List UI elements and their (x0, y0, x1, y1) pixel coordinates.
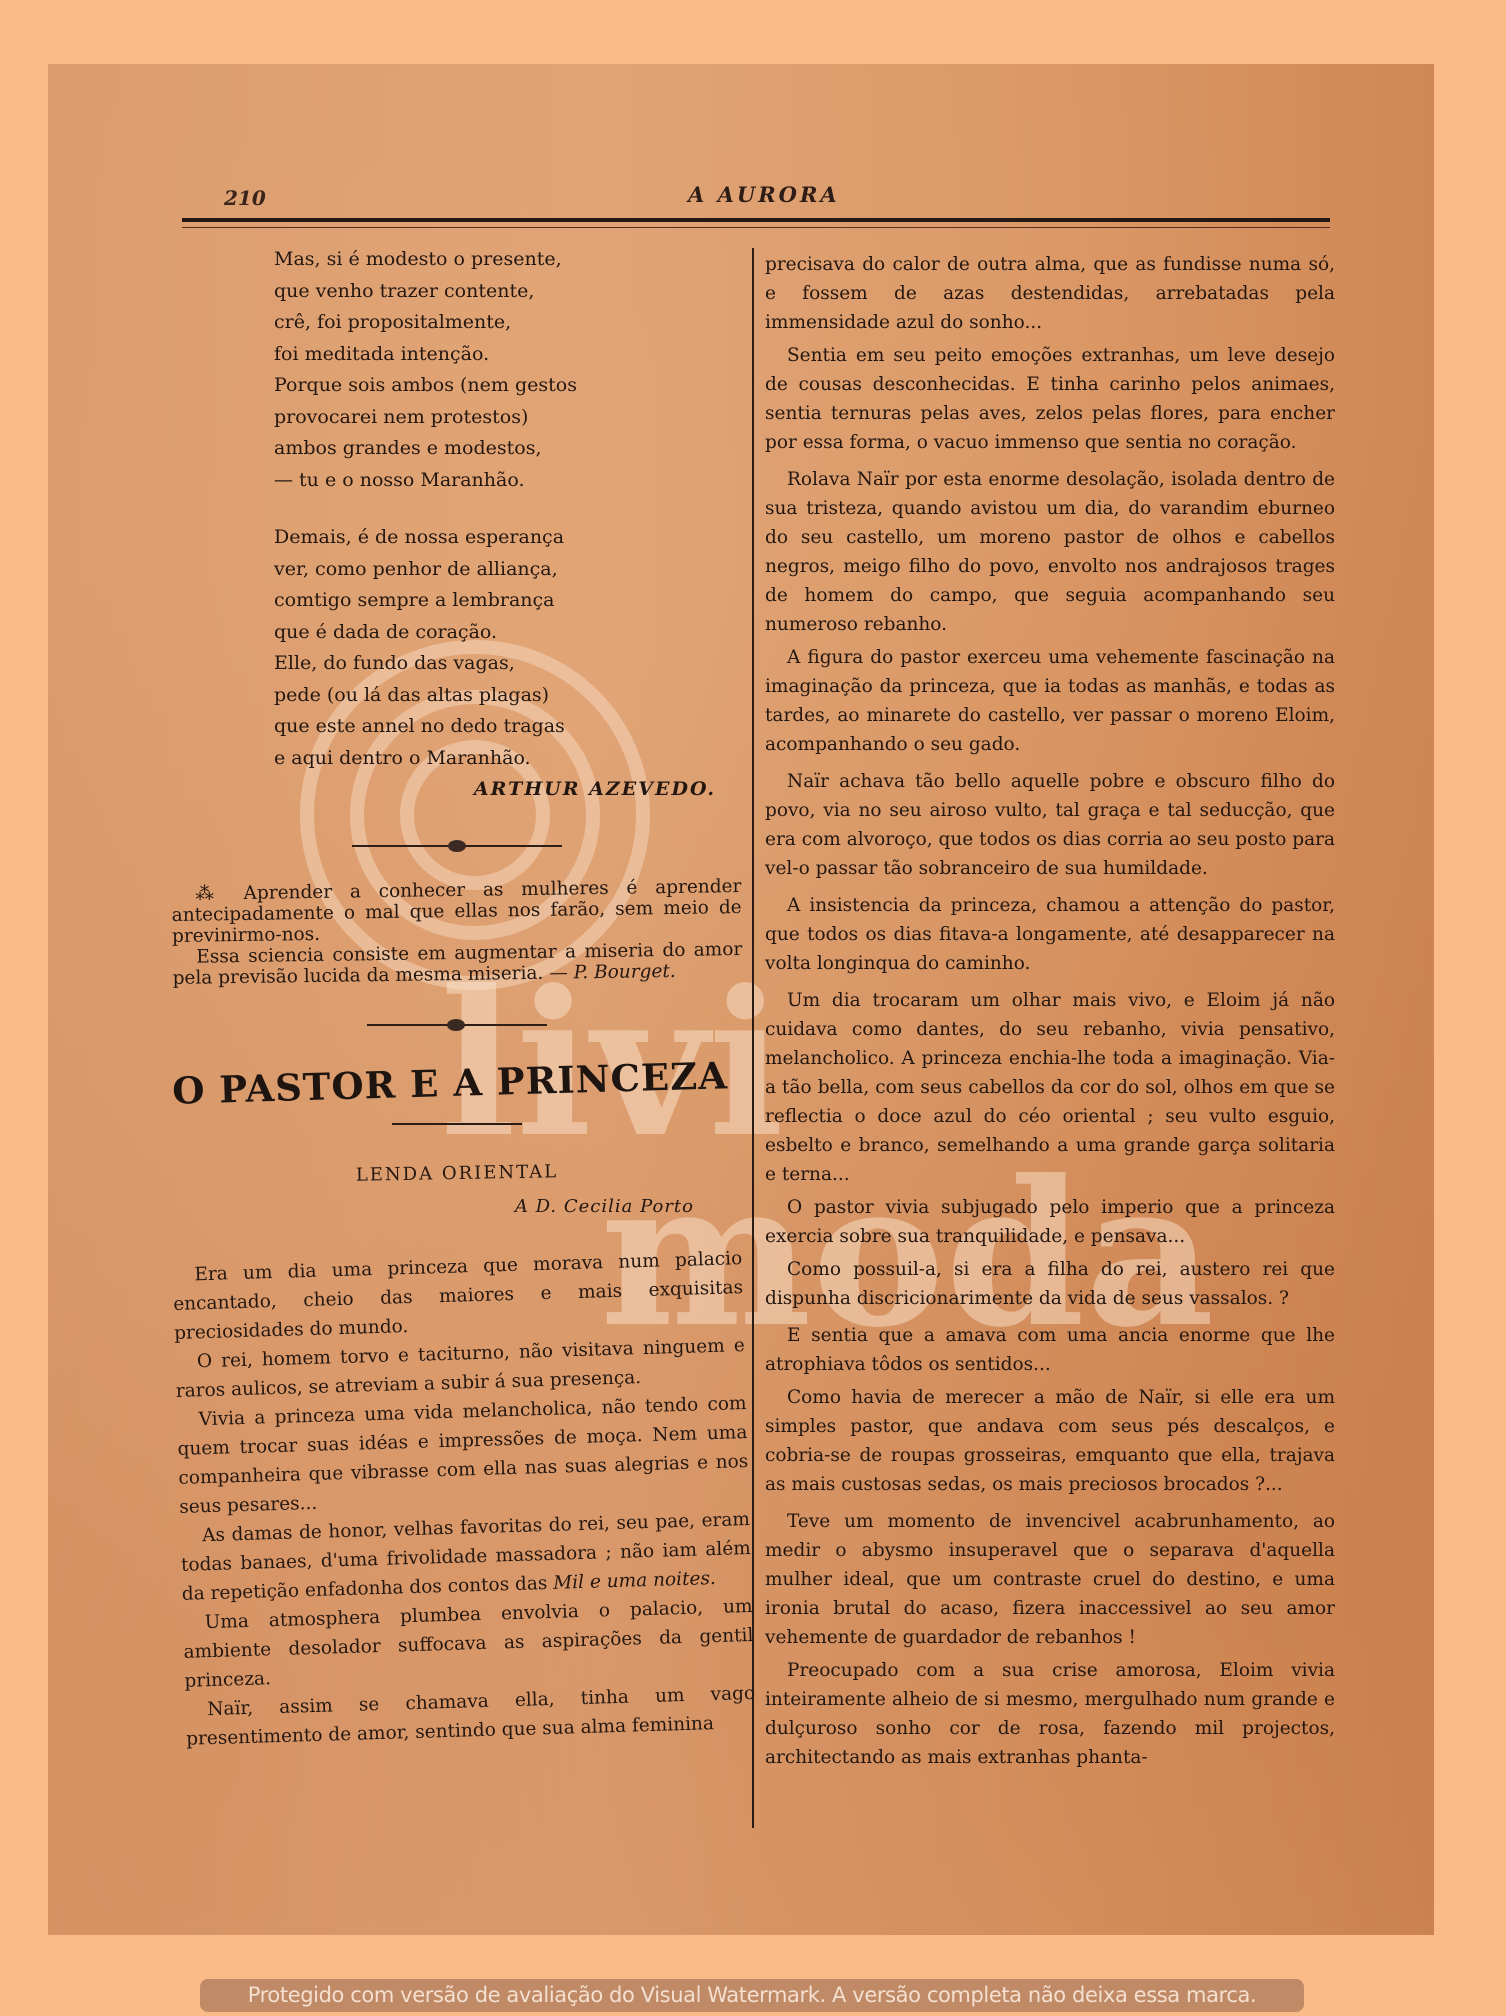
verse-line: e aqui dentro o Maranhão. (274, 743, 742, 775)
verse-line: provocarei nem protestos) (274, 402, 742, 434)
header-rule (182, 218, 1330, 228)
story-paragraph: A insistencia da princeza, chamou a atte… (765, 891, 1335, 978)
story-paragraph: Vivia a princeza uma vida melancholica, … (176, 1389, 749, 1522)
story-paragraph: Uma atmosphera plumbea envolvia o palaci… (182, 1592, 754, 1696)
verse-line: comtigo sempre a lembrança (274, 585, 742, 617)
verse-line: Mas, si é modesto o presente, (274, 244, 742, 276)
poem: Mas, si é modesto o presente, que venho … (274, 244, 742, 774)
running-head: 210 A AURORA (178, 180, 1328, 208)
story-title: O PASTOR E A PRINCEZA (157, 1053, 742, 1113)
verse-line: que venho trazer contente, (274, 276, 742, 308)
story-body-right: precisava do calor de outra alma, que as… (765, 250, 1335, 1772)
column-divider (752, 248, 754, 1828)
right-column: precisava do calor de outra alma, que as… (765, 250, 1335, 1776)
title-rule (392, 1123, 522, 1125)
poem-signature: ARTHUR AZEVEDO. (172, 778, 716, 800)
epigram-paragraph: ⁂ Aprender a conhecer as mulheres é apre… (171, 876, 742, 947)
watermark-notice-banner: Protegido com versão de avaliação do Vis… (200, 1979, 1304, 2012)
verse-line: Porque sois ambos (nem gestos (274, 370, 742, 402)
verse-line: que é dada de coração. (274, 617, 742, 649)
epigram-paragraph: Essa sciencia consiste em augmentar a mi… (172, 939, 743, 989)
verse-line: Demais, é de nossa esperança (274, 522, 742, 554)
verse-line: ambos grandes e modestos, (274, 433, 742, 465)
page-number: 210 (224, 186, 266, 210)
epigram-author: P. Bourget. (573, 961, 675, 983)
story-paragraph: Preocupado com a sua crise amorosa, Eloi… (765, 1656, 1335, 1772)
poem-stanza: Demais, é de nossa esperança ver, como p… (274, 522, 742, 774)
story-subtitle: LENDA ORIENTAL (172, 1158, 742, 1189)
poem-stanza: Mas, si é modesto o presente, que venho … (274, 244, 742, 496)
story-paragraph: A figura do pastor exerceu uma vehemente… (765, 643, 1335, 759)
story-dedication: A D. Cecilia Porto (172, 1196, 694, 1217)
journal-title: A AURORA (688, 182, 840, 207)
story-paragraph: Como havia de merecer a mão de Naïr, si … (765, 1383, 1335, 1499)
story-body-left: Era um dia uma princeza que morava num p… (172, 1244, 756, 1754)
story-paragraph: Rolava Naïr por esta enorme desolação, i… (765, 465, 1335, 639)
ornament-divider (367, 1019, 547, 1031)
verse-line: que este annel no dedo tragas (274, 711, 742, 743)
epigram: ⁂ Aprender a conhecer as mulheres é apre… (171, 876, 742, 989)
left-column: Mas, si é modesto o presente, que venho … (172, 244, 742, 1754)
verse-line: crê, foi propositalmente, (274, 307, 742, 339)
verse-line: — tu e o nosso Maranhão. (274, 465, 742, 497)
story-paragraph: Naïr achava tão bello aquelle pobre e ob… (765, 767, 1335, 883)
verse-line: foi meditada intenção. (274, 339, 742, 371)
verse-line: pede (ou lá das altas plagas) (274, 680, 742, 712)
story-paragraph: Era um dia uma princeza que morava num p… (172, 1244, 744, 1348)
ornament-divider (352, 840, 562, 852)
verse-line: ver, como penhor de alliança, (274, 554, 742, 586)
verse-line: Elle, do fundo das vagas, (274, 648, 742, 680)
story-paragraph: Como possuil-a, si era a filha do rei, a… (765, 1255, 1335, 1313)
story-paragraph: Teve um momento de invencivel acabrunham… (765, 1507, 1335, 1652)
story-paragraph: precisava do calor de outra alma, que as… (765, 250, 1335, 337)
italic-phrase: Mil e uma noites. (553, 1568, 716, 1594)
story-paragraph: Sentia em seu peito emoções extranhas, u… (765, 341, 1335, 457)
story-paragraph: O pastor vivia subjugado pelo imperio qu… (765, 1193, 1335, 1251)
story-paragraph: As damas de honor, velhas favoritas do r… (180, 1505, 752, 1609)
story-paragraph: Um dia trocaram um olhar mais vivo, e El… (765, 986, 1335, 1189)
story-paragraph: E sentia que a amava com uma ancia enorm… (765, 1321, 1335, 1379)
